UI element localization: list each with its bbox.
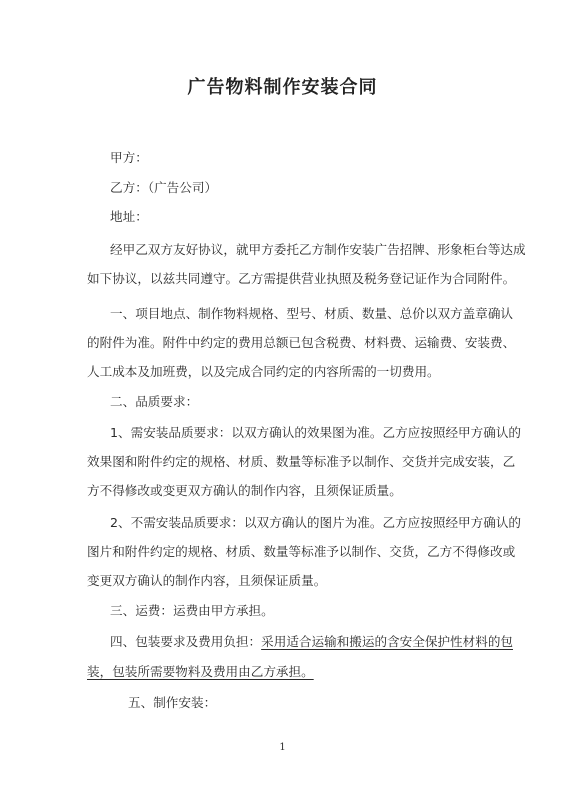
intro-line: 经甲乙双方友好协议，就甲方委托乙方制作安装广告招牌、形象柜台等达成 (110, 239, 526, 258)
section2-item1-line: 1、需安装品质要求：以双方确认的效果图为准。乙方应按照经甲方确认的 (110, 422, 521, 441)
section4-line: 四、包装要求及费用负担：采用适合运输和搬运的含安全保护性材料的包 (110, 631, 513, 650)
intro-line: 如下协议，以兹共同遵守。乙方需提供营业执照及税务登记证作为合同附件。 (87, 268, 515, 287)
section2-item2-line: 2、不需安装品质要求：以双方确认的图片为准。乙方应按照经甲方确认的 (110, 512, 521, 531)
section1-line: 人工成本及加班费，以及完成合同约定的内容所需的一切费用。 (87, 361, 440, 380)
section4-underlined-continued: 装，包装所需要物料及费用由乙方承担。 (87, 661, 314, 680)
document-title: 广告物料制作安装合同 (0, 73, 565, 99)
party-a-label: 甲方： (110, 147, 148, 166)
section4-underlined: 采用适合运输和搬运的含安全保护性材料的包 (261, 634, 513, 649)
section4-lead: 四、包装要求及费用负担： (110, 634, 261, 649)
section2-item2-line: 图片和附件约定的规格、材质、数量等标准予以制作、交货，乙方不得修改或 (87, 541, 515, 560)
section5-heading: 五、制作安装： (128, 692, 216, 711)
section3-line: 三、运费：运费由甲方承担。 (110, 600, 274, 619)
document-page: 广告物料制作安装合同 甲方： 乙方：（广告公司） 地址： 经甲乙双方友好协议，就… (0, 0, 565, 800)
section1-line: 一、项目地点、制作物料规格、型号、材质、数量、总价以双方盖章确认 (110, 303, 513, 322)
section2-item1-line: 效果图和附件约定的规格、材质、数量等标准予以制作、交货并完成安装，乙 (87, 451, 515, 470)
section2-heading: 二、品质要求： (110, 391, 198, 410)
address-label: 地址： (110, 206, 148, 225)
section1-line: 的附件为准。附件中约定的费用总额已包含税费、材料费、运输费、安装费、 (87, 332, 515, 351)
party-b-label: 乙方：（广告公司） (110, 177, 217, 196)
section2-item2-line: 变更双方确认的制作内容，且须保证质量。 (87, 570, 326, 589)
section2-item1-line: 方不得修改或变更双方确认的制作内容，且须保证质量。 (87, 480, 402, 499)
page-number: 1 (0, 742, 565, 753)
